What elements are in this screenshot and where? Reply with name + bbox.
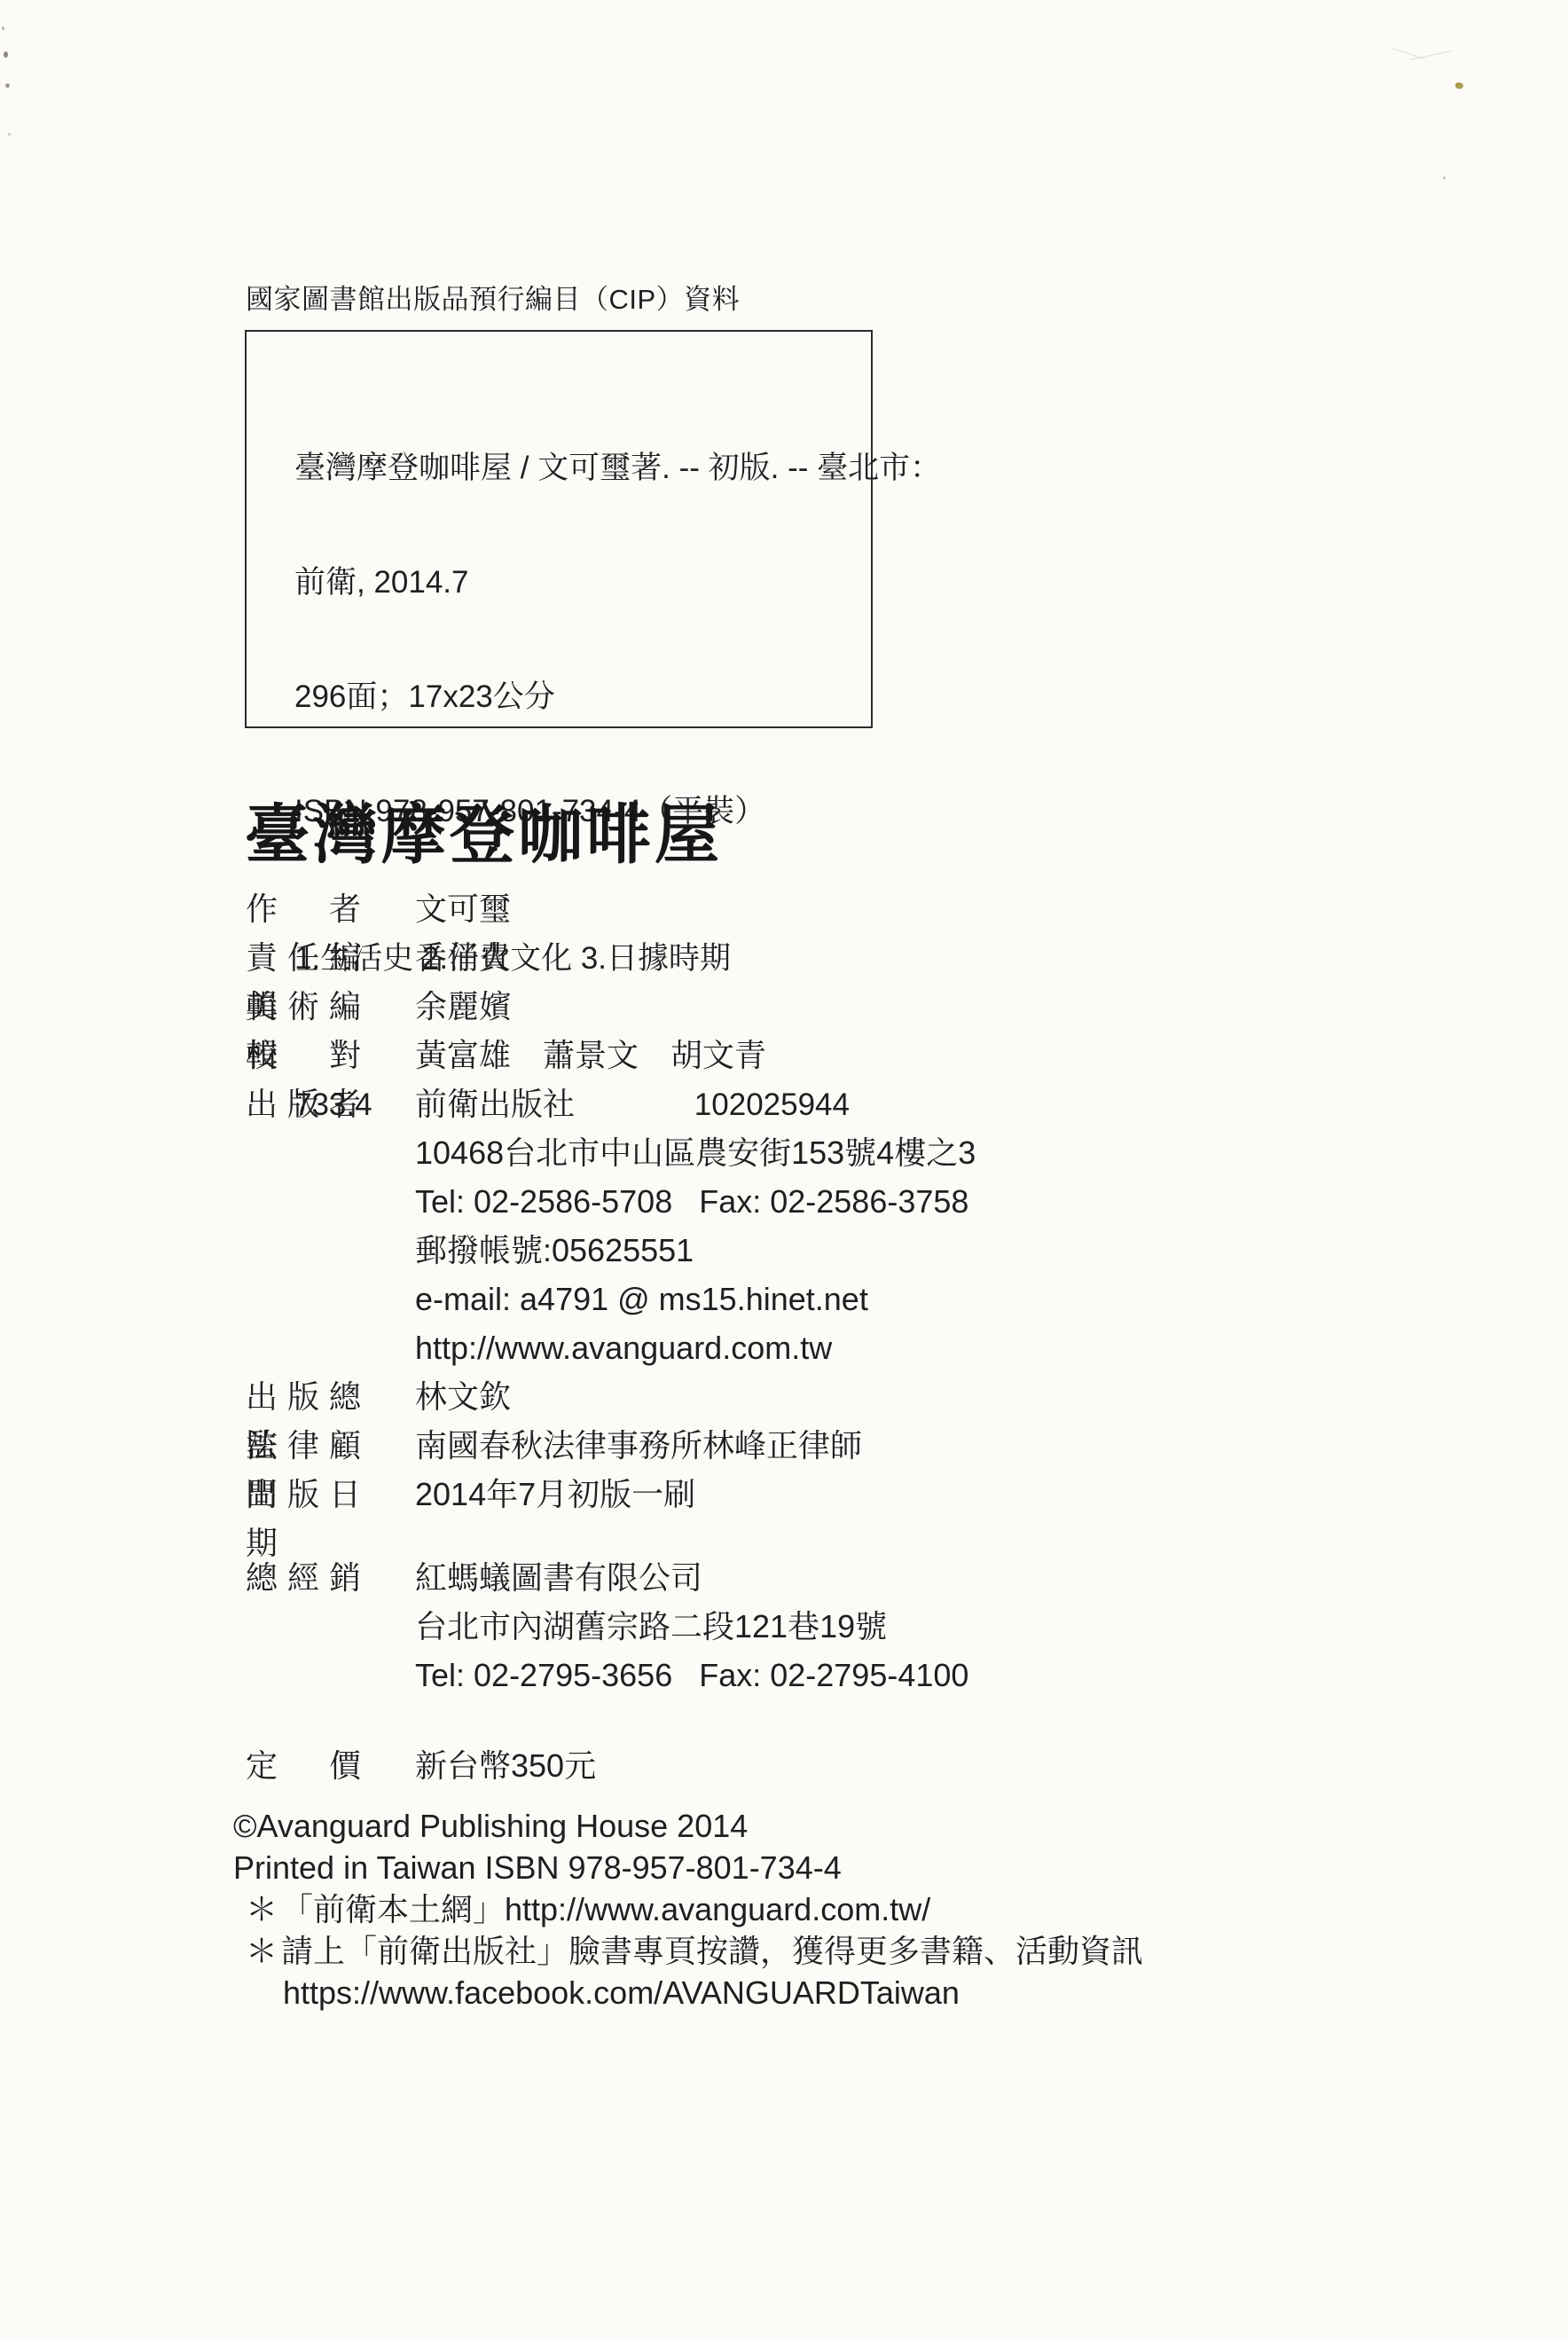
credit-value: 10468台北市中山區農安街153號4樓之3 [415, 1128, 976, 1177]
credit-row-distributor-address: 台北市內湖舊宗路二段121巷19號 [246, 1602, 968, 1651]
credit-value: 林文欽 [415, 1372, 511, 1421]
credit-label: 作者 [246, 884, 361, 933]
credit-value: 紅螞蟻圖書有限公司 [415, 1553, 702, 1602]
credit-row-art-editor: 美術編輯 余麗嬪 [246, 982, 976, 1031]
credit-row-website: http://www.avanguard.com.tw [246, 1323, 976, 1372]
credit-value: 南國春秋法律事務所林峰正律師 [415, 1421, 862, 1470]
cip-imprint: 前衛, 2014.7 [294, 563, 850, 601]
credit-value: 2014年7月初版一刷 [415, 1470, 695, 1519]
credit-row-publishing-director: 出版總監 林文欽 [246, 1372, 976, 1421]
credit-row-distributor: 總經銷 紅螞蟻圖書有限公司 [246, 1553, 968, 1602]
credit-value: http://www.avanguard.com.tw [415, 1323, 832, 1372]
facebook-note-text: 請上「前衛出版社」臉書專頁按讚，獲得更多書籍、活動資訊 [281, 1930, 1143, 1972]
scan-speck [2, 27, 4, 30]
credit-label: 出版者 [246, 1079, 361, 1128]
copyright-line: ©Avanguard Publishing House 2014 [233, 1805, 1143, 1847]
price-block: 定價 新台幣350元 [246, 1741, 596, 1790]
scan-speck [5, 83, 10, 88]
credit-value: 余麗嬪 [415, 982, 511, 1031]
credit-label: 總經銷 [246, 1553, 361, 1602]
scan-speck [1455, 82, 1463, 89]
credit-value: 番仔火 [415, 933, 511, 982]
credit-row-publication-date: 出版日期 2014年7月初版一刷 [246, 1470, 976, 1519]
credit-row-publisher-phone: Tel: 02-2586-5708 Fax: 02-2586-3758 [246, 1177, 976, 1226]
credit-row-publisher: 出版者 前衛出版社 [246, 1079, 976, 1128]
website-note-line: ＊ 「前衛本土網」http://www.avanguard.com.tw/ [246, 1888, 1143, 1930]
facebook-url-line: https://www.facebook.com/AVANGUARDTaiwan [283, 1972, 1143, 2013]
scanned-colophon-page: { "cip": { "header": "國家圖書館出版品預行編目（CIP）資… [0, 0, 1568, 2339]
credit-value: 黃富雄 蕭景文 胡文青 [415, 1031, 766, 1079]
credit-value: 郵撥帳號:05625551 [415, 1226, 694, 1275]
credit-label: 校對 [246, 1031, 361, 1079]
credit-value: 前衛出版社 [415, 1079, 575, 1128]
scan-speck [1443, 177, 1446, 179]
credit-row-email: e-mail: a4791 @ ms15.hinet.net [246, 1275, 976, 1323]
credit-value: e-mail: a4791 @ ms15.hinet.net [415, 1275, 868, 1323]
credit-row-editor: 責任編輯 番仔火 [246, 933, 976, 982]
book-title: 臺灣摩登咖啡屋 [245, 782, 723, 875]
credit-row-price: 定價 新台幣350元 [246, 1741, 596, 1790]
credit-value: Tel: 02-2795-3656 Fax: 02-2795-4100 [415, 1651, 968, 1699]
credit-value: Tel: 02-2586-5708 Fax: 02-2586-3758 [415, 1177, 968, 1226]
cip-title-statement: 臺灣摩登咖啡屋 / 文可璽著. -- 初版. -- 臺北市： [294, 449, 850, 487]
footer-block: ©Avanguard Publishing House 2014 Printed… [233, 1805, 1143, 2013]
scan-speck [8, 133, 11, 136]
cip-box: 臺灣摩登咖啡屋 / 文可璽著. -- 初版. -- 臺北市： 前衛, 2014.… [245, 330, 873, 728]
distributor-block: 總經銷 紅螞蟻圖書有限公司 台北市內湖舊宗路二段121巷19號 Tel: 02-… [246, 1553, 968, 1699]
credits-block: 作者 文可璽 責任編輯 番仔火 美術編輯 余麗嬪 校對 黃富雄 蕭景文 胡文青 … [246, 884, 976, 1519]
credit-label: 定價 [246, 1741, 361, 1790]
credit-row-publisher-address: 10468台北市中山區農安街153號4樓之3 [246, 1128, 976, 1177]
credit-value: 文可璽 [415, 884, 511, 933]
facebook-note-line: ＊ 請上「前衛出版社」臉書專頁按讚，獲得更多書籍、活動資訊 [246, 1930, 1143, 1972]
asterisk-icon: ＊ [246, 1930, 281, 1972]
website-note-text: 「前衛本土網」http://www.avanguard.com.tw/ [281, 1888, 930, 1930]
credit-value: 新台幣350元 [415, 1741, 596, 1790]
credit-row-proofreaders: 校對 黃富雄 蕭景文 胡文青 [246, 1031, 976, 1079]
credit-row-postal-account: 郵撥帳號:05625551 [246, 1226, 976, 1275]
credit-row-author: 作者 文可璽 [246, 884, 976, 933]
credit-value: 台北市內湖舊宗路二段121巷19號 [415, 1602, 887, 1651]
scan-speck [4, 51, 8, 58]
cip-collation: 296面；17x23公分 [294, 678, 850, 716]
credit-row-legal-advisor: 法律顧問 南國春秋法律事務所林峰正律師 [246, 1421, 976, 1470]
printed-isbn-line: Printed in Taiwan ISBN 978-957-801-734-4 [233, 1847, 1143, 1888]
cip-header: 國家圖書館出版品預行編目（CIP）資料 [246, 277, 740, 317]
credit-row-distributor-phone: Tel: 02-2795-3656 Fax: 02-2795-4100 [246, 1651, 968, 1699]
asterisk-icon: ＊ [246, 1888, 281, 1930]
